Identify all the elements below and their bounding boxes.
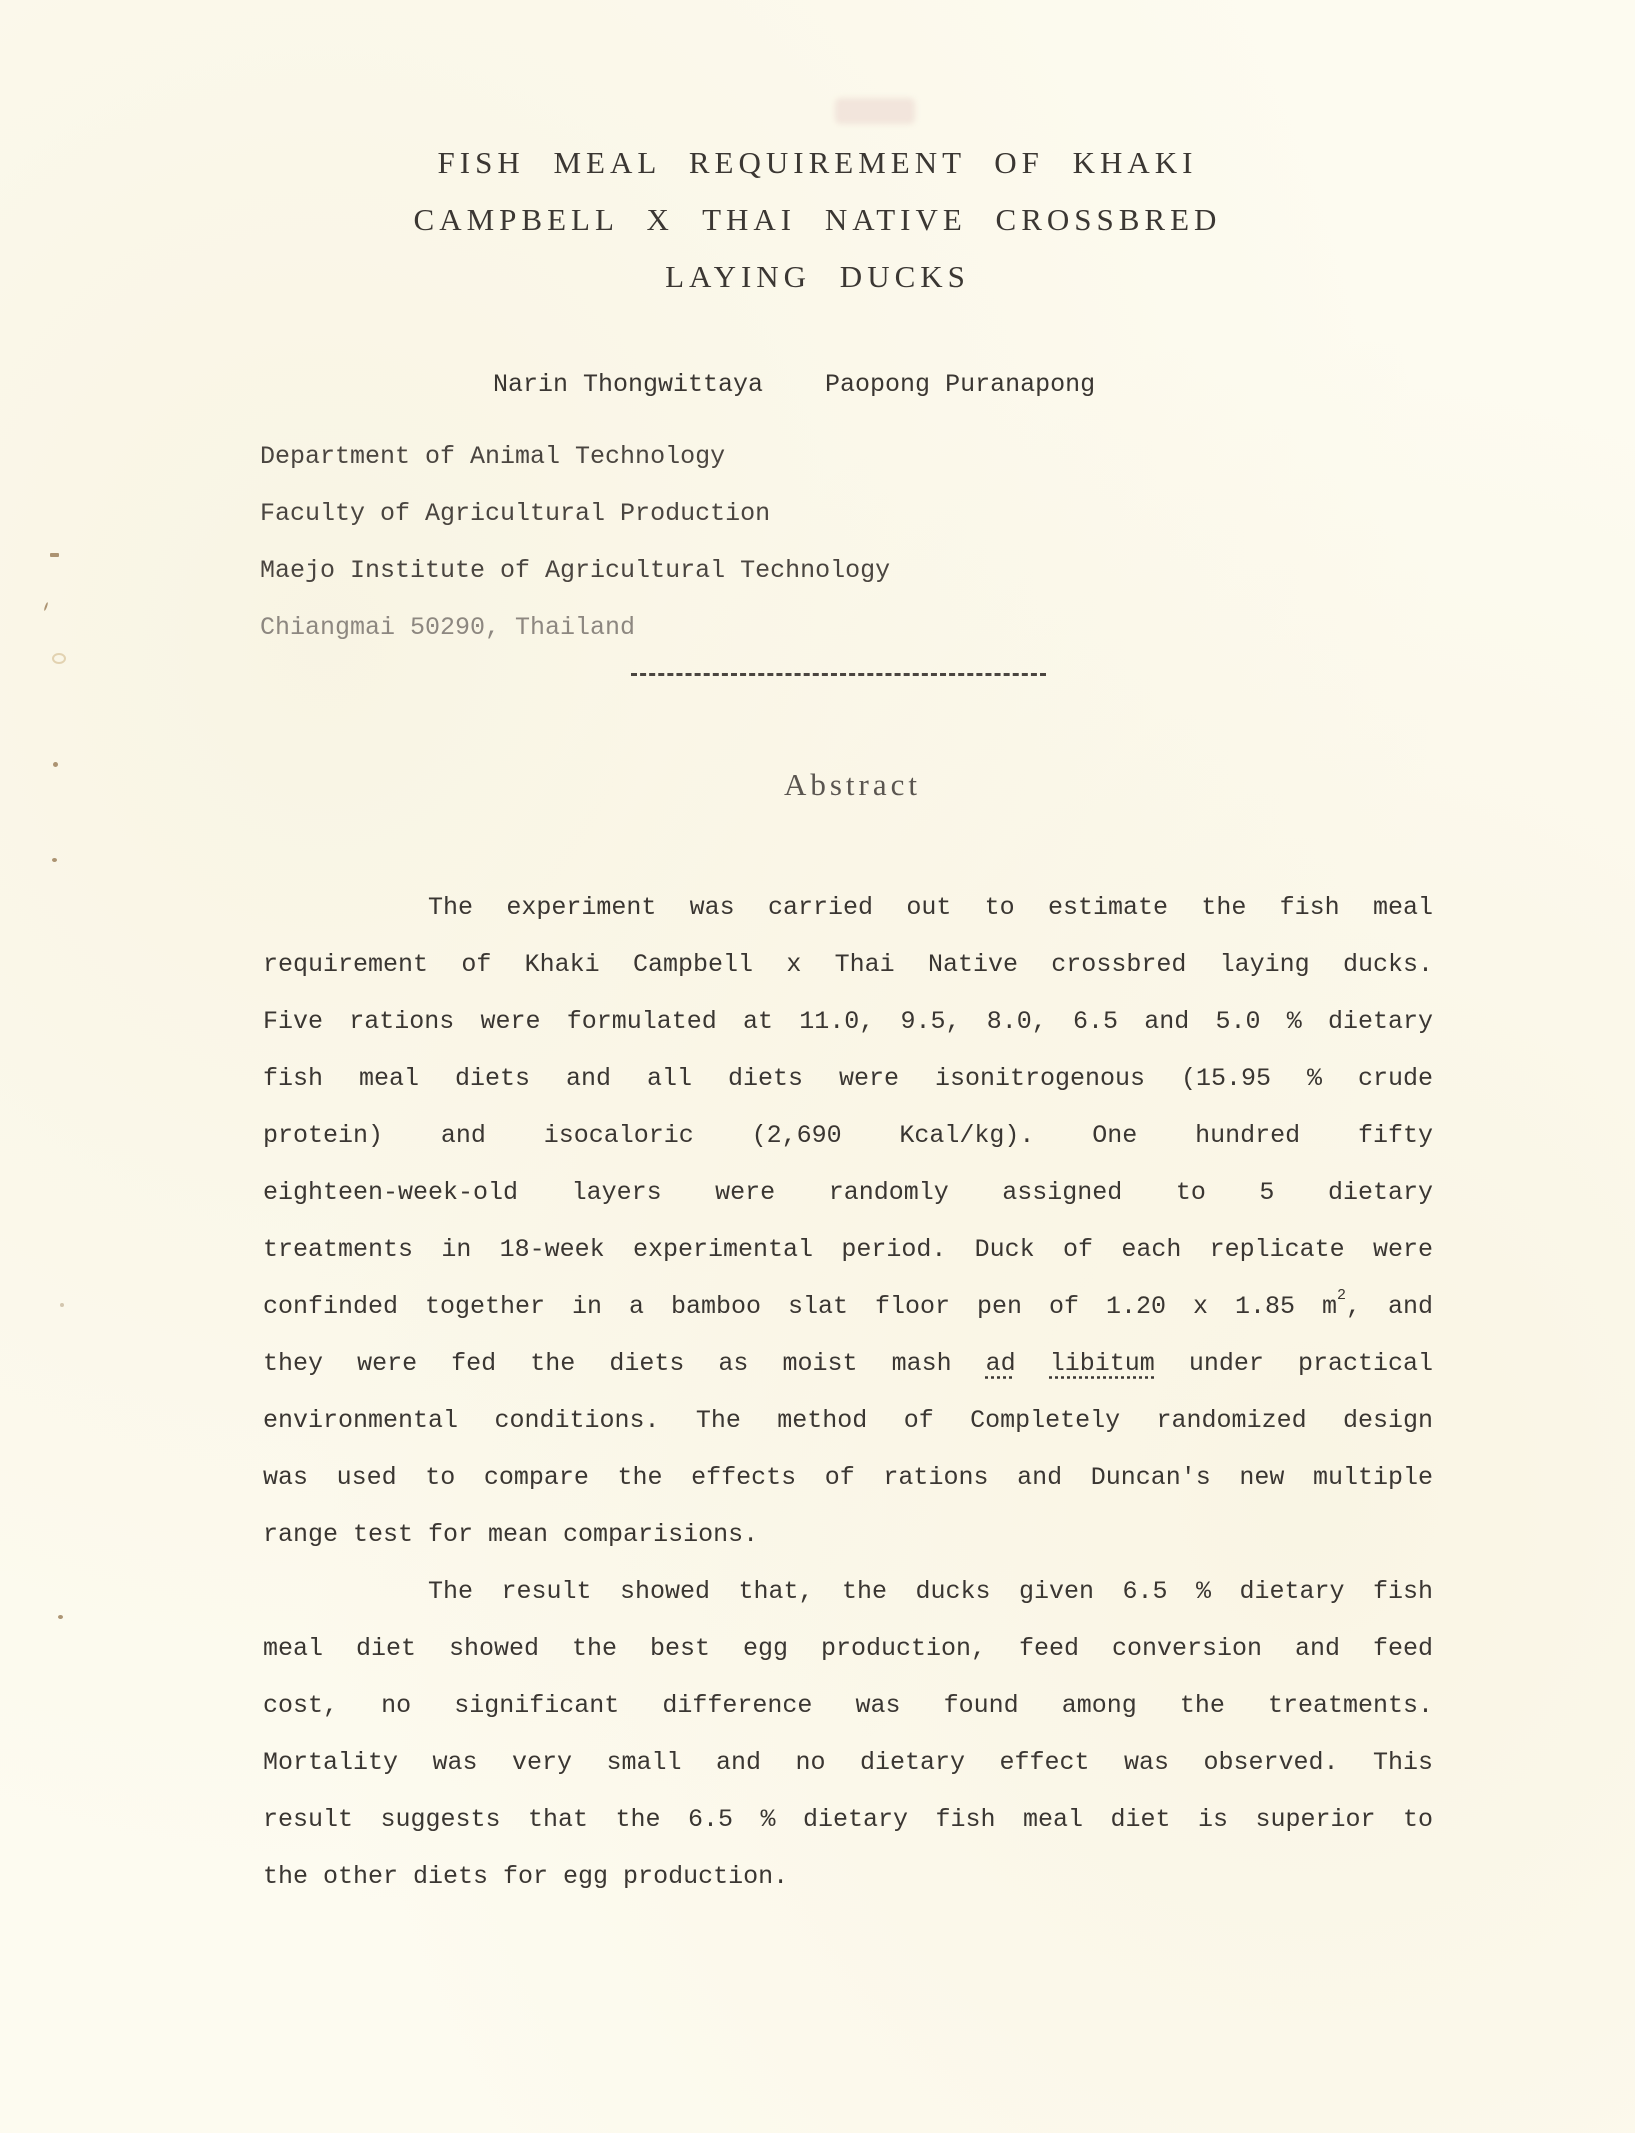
text-fragment: under practical: [1189, 1349, 1433, 1378]
underlined-term: libitum: [1050, 1349, 1155, 1378]
ink-smudge: [835, 98, 915, 124]
scanned-page: FISH MEAL REQUIREMENT OF KHAKI CAMPBELL …: [0, 0, 1635, 2133]
abstract-line: treatments in 18-week experimental perio…: [263, 1221, 1433, 1278]
abstract-line: was used to compare the effects of ratio…: [263, 1449, 1433, 1506]
abstract-line: fish meal diets and all diets were isoni…: [263, 1050, 1433, 1107]
section-divider: [631, 673, 1046, 676]
underlined-term: ad: [986, 1349, 1016, 1378]
author-list: Narin ThongwittayaPaopong Puranapong: [493, 370, 1157, 399]
abstract-line: cost, no significant difference was foun…: [263, 1677, 1433, 1734]
affiliation: Department of Animal Technology Faculty …: [260, 428, 890, 656]
abstract-line: result suggests that the 6.5 % dietary f…: [263, 1791, 1433, 1848]
abstract-line: protein) and isocaloric (2,690 Kcal/kg).…: [263, 1107, 1433, 1164]
paper-speck: [50, 553, 59, 557]
abstract-line: eighteen-week-old layers were randomly a…: [263, 1164, 1433, 1221]
abstract-line-with-underline: they were fed the diets as moist mash ad…: [263, 1335, 1433, 1392]
abstract-line: the other diets for egg production.: [263, 1848, 1433, 1905]
abstract-line: requirement of Khaki Campbell x Thai Nat…: [263, 936, 1433, 993]
title-line-2: CAMPBELL X THAI NATIVE CROSSBRED: [0, 191, 1635, 248]
author-1: Narin Thongwittaya: [493, 370, 763, 399]
text-fragment: confinded together in a bamboo slat floo…: [263, 1292, 1337, 1321]
paper-speck: [52, 858, 57, 862]
abstract-body: The experiment was carried out to estima…: [263, 879, 1433, 1905]
superscript: 2: [1337, 1287, 1346, 1304]
affiliation-institute: Maejo Institute of Agricultural Technolo…: [260, 542, 890, 599]
abstract-line: The result showed that, the ducks given …: [263, 1563, 1433, 1620]
abstract-heading: Abstract: [0, 767, 1635, 803]
affiliation-faculty: Faculty of Agricultural Production: [260, 485, 890, 542]
paper-speck: [44, 602, 49, 611]
paper-title: FISH MEAL REQUIREMENT OF KHAKI CAMPBELL …: [0, 134, 1635, 305]
paper-speck: [60, 1303, 64, 1307]
text-fragment: , and: [1346, 1292, 1433, 1321]
abstract-line: Mortality was very small and no dietary …: [263, 1734, 1433, 1791]
paper-speck: [53, 762, 58, 767]
abstract-line: Five rations were formulated at 11.0, 9.…: [263, 993, 1433, 1050]
author-2: Paopong Puranapong: [825, 370, 1095, 399]
paper-speck: [52, 653, 66, 664]
abstract-line: meal diet showed the best egg production…: [263, 1620, 1433, 1677]
affiliation-department: Department of Animal Technology: [260, 428, 890, 485]
affiliation-address: Chiangmai 50290, Thailand: [260, 599, 890, 656]
title-line-3: LAYING DUCKS: [0, 248, 1635, 305]
abstract-line: range test for mean comparisions.: [263, 1506, 1433, 1563]
title-line-1: FISH MEAL REQUIREMENT OF KHAKI: [0, 134, 1635, 191]
abstract-line: The experiment was carried out to estima…: [263, 879, 1433, 936]
paper-speck: [58, 1615, 63, 1619]
abstract-line: environmental conditions. The method of …: [263, 1392, 1433, 1449]
text-fragment: they were fed the diets as moist mash: [263, 1349, 952, 1378]
abstract-line-with-superscript: confinded together in a bamboo slat floo…: [263, 1278, 1433, 1335]
